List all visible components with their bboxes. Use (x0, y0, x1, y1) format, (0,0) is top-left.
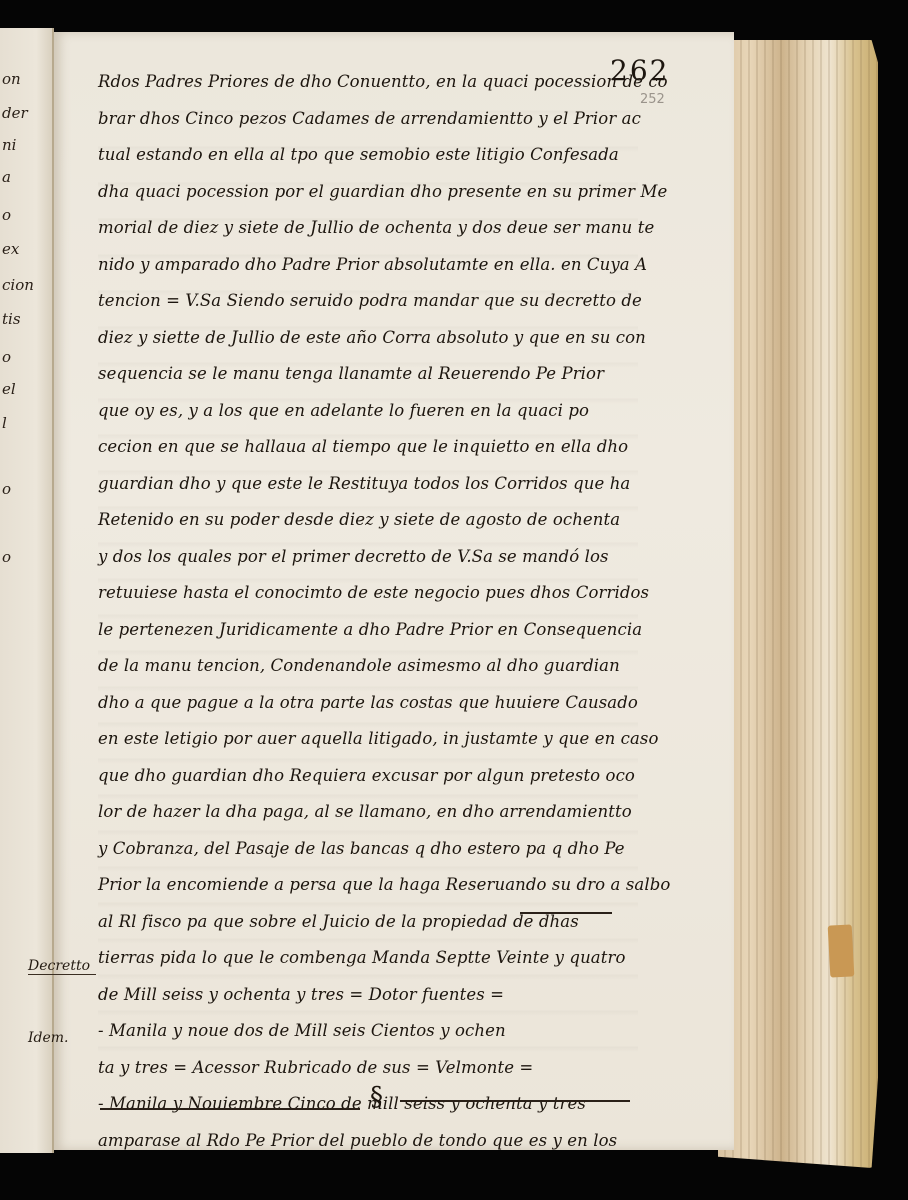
text-line: en este letigio por auer aquella litigad… (98, 729, 638, 766)
text-line: tencion = V.Sa Siendo seruido podra mand… (98, 291, 638, 328)
text-line: que dho guardian dho Requiera excusar po… (98, 766, 638, 803)
text-line: al Rl fisco pa que sobre el Juicio de la… (98, 912, 638, 949)
text-line: ta y tres = Acessor Rubricado de sus = V… (98, 1058, 638, 1095)
left-page-fragment: ni (2, 136, 16, 154)
left-page-fragment: l (2, 414, 7, 432)
text-line: y dos los quales por el primer decretto … (98, 547, 638, 584)
text-line: Retenido en su poder desde diez y siete … (98, 510, 638, 547)
text-line: de Mill seiss y ochenta y tres = Dotor f… (98, 985, 638, 1022)
text-line: lor de hazer la dha paga, al se llamano,… (98, 802, 638, 839)
left-page-fragment: el (2, 380, 16, 398)
text-line: Prior la encomiende a persa que la haga … (98, 875, 638, 912)
left-page-fragment: o (2, 480, 11, 498)
left-page-fragment: o (2, 206, 11, 224)
text-line: brar dhos Cinco pezos Cadames de arrenda… (98, 109, 638, 146)
text-line: le pertenezen Juridicamente a dho Padre … (98, 620, 638, 657)
text-line: - Manila y noue dos de Mill seis Cientos… (98, 1021, 638, 1058)
line-fill-rule (520, 912, 612, 914)
leather-tab (828, 924, 855, 977)
text-line: y Cobranza, del Pasaje de las bancas q d… (98, 839, 638, 876)
left-page-fragment: cion (2, 276, 34, 294)
text-line: guardian dho y que este le Restituya tod… (98, 474, 638, 511)
closing-rule-right (400, 1100, 630, 1102)
text-line: sequencia se le manu tenga llanamte al R… (98, 364, 638, 401)
margin-note-decretto: Decretto (28, 958, 96, 975)
text-line: retuuiese hasta el conocimto de este neg… (98, 583, 638, 620)
book-fore-edge (718, 40, 878, 1168)
text-line: morial de diez y siete de Jullio de oche… (98, 218, 638, 255)
left-page-fragment: der (2, 104, 28, 122)
text-line: cecion en que se hallaua al tiempo que l… (98, 437, 638, 474)
left-page-fragment: a (2, 168, 11, 186)
rubric-flourish-icon: § (370, 1082, 383, 1112)
text-line: que oy es, y a los que en adelante lo fu… (98, 401, 638, 438)
text-line: nido y amparado dho Padre Prior absoluta… (98, 255, 638, 292)
folio-number-pencil: 252 (640, 92, 665, 107)
text-line: Rdos Padres Priores de dho Conuentto, en… (98, 72, 638, 109)
text-line: amparase al Rdo Pe Prior del pueblo de t… (98, 1131, 638, 1168)
left-page-fragment: tis (2, 310, 21, 328)
text-line: dho a que pague a la otra parte las cost… (98, 693, 638, 730)
margin-note-idem: Idem. (28, 1030, 69, 1046)
text-line: de la manu tencion, Condenandole asimesm… (98, 656, 638, 693)
left-page-fragment: o (2, 348, 11, 366)
text-line: tual estando en ella al tpo que semobio … (98, 145, 638, 182)
text-line: dha quaci pocession por el guardian dho … (98, 182, 638, 219)
left-page-edge: on der ni a o ex cion tis o el l o o (0, 28, 54, 1153)
left-page-fragment: o (2, 548, 11, 566)
text-line: tierras pida lo que le combenga Manda Se… (98, 948, 638, 985)
left-page-fragment: on (2, 70, 21, 88)
left-page-fragment: ex (2, 240, 19, 258)
text-line: diez y siette de Jullio de este año Corr… (98, 328, 638, 365)
page-stack-lines (718, 40, 878, 1168)
closing-rule-left (100, 1108, 360, 1110)
manuscript-text: Rdos Padres Priores de dho Conuentto, en… (98, 72, 638, 1167)
